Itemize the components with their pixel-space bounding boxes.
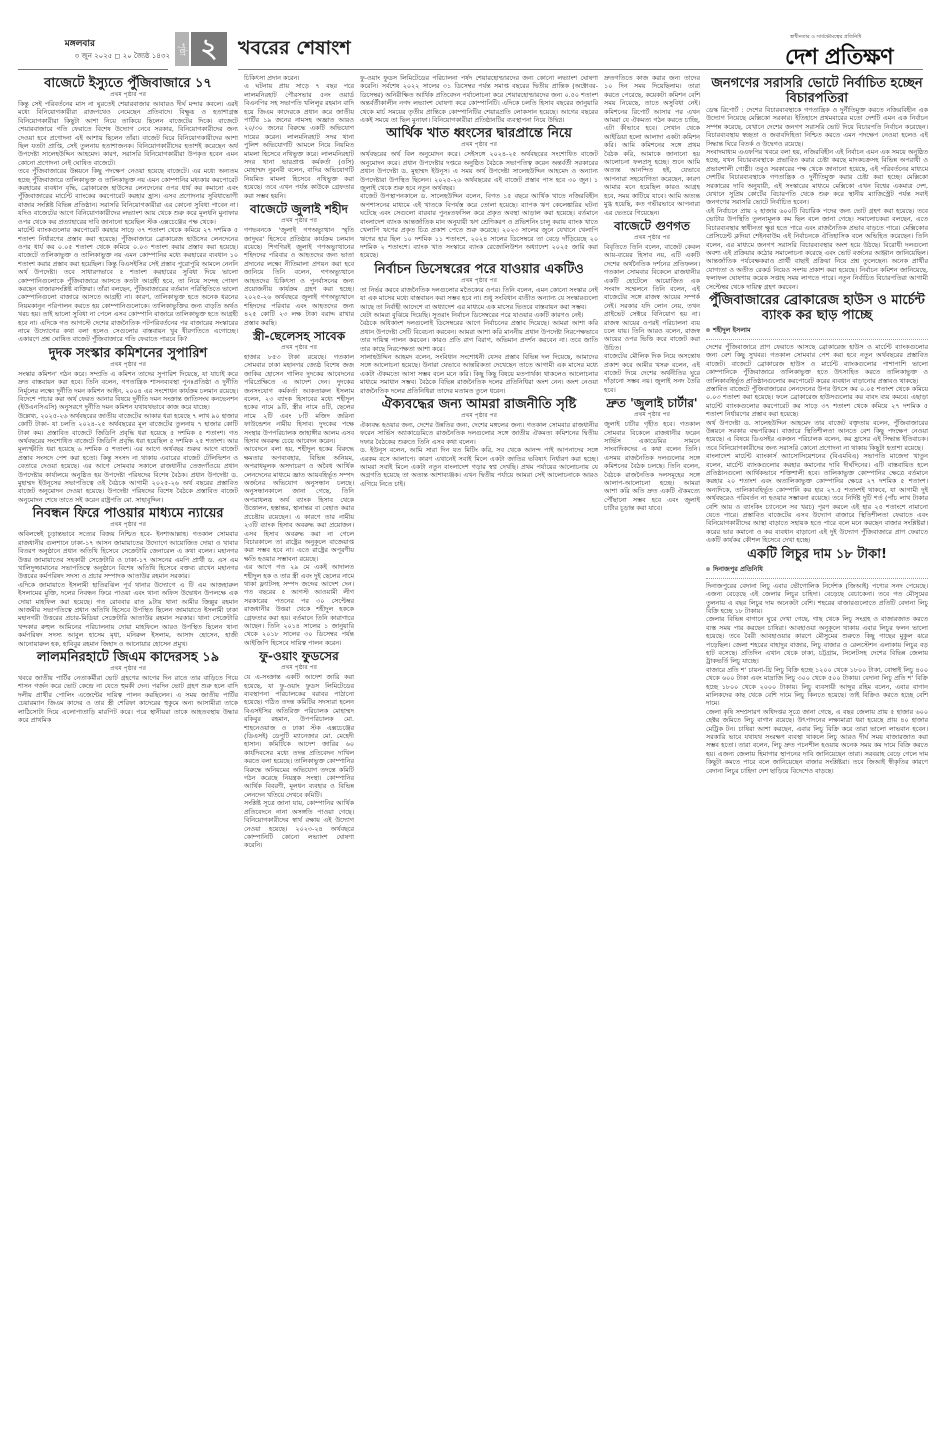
article-headline: লালমনিরহাটে জিএম কাদেরসহ ১৯	[18, 650, 238, 665]
article-economy: আর্থিক খাত ধ্বংসের দ্বারপ্রান্তে নিয়ে প…	[360, 126, 598, 259]
article-registration: নিবন্ধন ফিরে পাওয়ার মাধ্যমে ন্যায়ের প্…	[18, 506, 238, 648]
article-fu-wang: ফু-ওয়াং ফুডসের প্রথম পৃষ্ঠার পর যে এ-সং…	[244, 649, 354, 850]
article-paragraph: বাজারে প্রতি শ' চায়না-থ্রি লিচু বিক্রি …	[706, 666, 928, 708]
article-paragraph: জুলাই চার্টার গৃহীত হবে। গতকাল সোমবার বি…	[604, 420, 700, 512]
article-paragraph: আবেদনে বলা হয়, শহীদুল হকের বিরুদ্ধে ক্ষ…	[244, 445, 354, 563]
issue-day: মঙ্গলবার	[5, 36, 95, 51]
article-july-martyr: বাজেটে জুলাই শহীদ প্রথম পৃষ্ঠার পর গণভবন…	[244, 202, 354, 327]
article-paragraph: অর্থ উপদেষ্টা ড. সালেহউদ্দিন আহমেদ তার ব…	[706, 419, 928, 453]
article-budget-issue: বাজেটে ইস্যুতে পুঁজিবাজারে ১৭ প্রথম পৃষ্…	[18, 76, 238, 344]
continuation-note: প্রথম পৃষ্ঠার পর	[360, 412, 598, 420]
issue-date: ৩ জুন ২০২৫ ◻ ২০ জ্যৈষ্ঠ ১৪৩২	[20, 50, 170, 62]
article-paragraph: মার্চেন্ট ব্যাংকগুলোর করপোরেট করহার সাড়…	[18, 226, 238, 344]
header-rule	[18, 69, 168, 70]
article-unity: ঐক্যবদ্ধের জন্য আমরা রাজনীতি সৃষ্টি প্রথ…	[360, 397, 598, 488]
article-paragraph: অর্থবছরের অর্থ বিল অনুমোদন করে। সেইসঙ্গে…	[360, 150, 598, 192]
byline: শহীদুল ইসলাম	[706, 325, 928, 336]
article-headline: জনগণের সরাসরি ভোটে নির্বাচিত হচ্ছেন বিচা…	[706, 76, 928, 106]
continuation-note: প্রথম পৃষ্ঠার পর	[244, 217, 354, 225]
article-paragraph: ড. ইউনূস বলেন, আমি সারা দিন যত মিটিং করি…	[360, 446, 598, 488]
article-headline: ফু-ওয়াং ফুডসের	[244, 649, 354, 664]
article-paragraph: সংস্কার কমিশন' গঠন করে। সম্প্রতি এ কমিশন…	[18, 370, 238, 412]
article-wife-son: স্ত্রী-ছেলেসহ সাবেক প্রথম পৃষ্ঠার পর হাজ…	[244, 329, 354, 647]
page-label: পৃষ্ঠা	[175, 32, 189, 66]
article-headline: নির্বাচন ডিসেম্বরের পরে যাওয়ার একটিও	[360, 262, 598, 277]
continuation-note: প্রথম পৃষ্ঠার পর	[604, 411, 700, 419]
article-paragraph: সংশ্লিষ্ট সূত্রে জানা যায়, কোম্পানির আর…	[244, 799, 354, 849]
article-paragraph: যেটা আমরা বুঝিয়ে দিয়েছি। সুতরাং নির্বা…	[360, 311, 598, 319]
bullet-icon	[706, 567, 710, 571]
article-paragraph: তবে পুঁজিবাজারের উন্নয়নে কিছু পদক্ষেপ ন…	[18, 167, 238, 226]
continuation-note: প্রথম পৃষ্ঠার পর	[360, 277, 598, 285]
continuation-note: প্রথম পৃষ্ঠার পর	[18, 361, 238, 369]
article-headline: স্ত্রী-ছেলেসহ সাবেক	[244, 329, 354, 344]
article-paragraph: চিকিৎসা প্রদান করেন।	[244, 74, 354, 82]
article-paragraph: এ ঘটনায় প্রায় সাড়ে ৭ বছর পরে লালমনিরহ…	[244, 82, 354, 200]
article-paragraph: এই নির্বাচনে প্রায় ২ হাজার ৬০০টি বিচারি…	[706, 207, 928, 291]
column-3: ফু-ওয়াং ফুডস লিমিটেডের পরিচালনা পর্ষদ শ…	[360, 74, 598, 1394]
newspaper-logo: দেশ প্রতিক্ষণ	[785, 40, 893, 77]
article-headline: বাজেটে ইস্যুতে পুঁজিবাজারে ১৭	[18, 76, 238, 91]
article-paragraph: ফু-ওয়াং ফুডস লিমিটেডের পরিচালনা পর্ষদ শ…	[360, 74, 598, 124]
byline: দিনাজপুর প্রতিনিধি	[706, 564, 928, 575]
article-headline: বাজেটে জুলাই শহীদ	[244, 202, 354, 217]
article-paragraph: এর আগে গত ২৯ মে একই আদালত শহীদুল হক ও তা…	[244, 563, 354, 647]
article-paragraph: গণভবনকে 'জুলাই গণঅভ্যুত্থান স্মৃতি জাদুঘ…	[244, 226, 354, 327]
article-election: নির্বাচন ডিসেম্বরের পরে যাওয়ার একটিও প্…	[360, 262, 598, 395]
byline-author: শহীদুল ইসলাম	[713, 326, 751, 334]
dotted-divider	[706, 339, 928, 340]
continuation-note: প্রথম পৃষ্ঠার পর	[360, 141, 598, 149]
article-paragraph: প্রস্তাবিত বাজেটে পুঁজিবাজারের লেনদেনের …	[706, 385, 928, 419]
article-acc-reform: দুদক সংস্কার কমিশনের সুপারিশ প্রথম পৃষ্ঠ…	[18, 346, 238, 505]
page-number: ২	[191, 32, 227, 66]
article-paragraph: হাজার ৮৫৩ টাকা রয়েছে। গতকাল সোমবার ঢাকা…	[244, 353, 354, 445]
column-5: জনগণের সরাসরি ভোটে নির্বাচিত হচ্ছেন বিচা…	[706, 74, 928, 1394]
continuation-note: প্রথম পৃষ্ঠার পর	[18, 91, 238, 99]
article-paragraph: যে এ-সংক্রান্ত একটি আদেশ জারি করা হয়েছে…	[244, 673, 354, 799]
article-lalmonirhat: লালমনিরহাটে জিএম কাদেরসহ ১৯ প্রথম পৃষ্ঠা…	[18, 650, 238, 724]
bullet-icon	[706, 328, 710, 332]
continuation-note: প্রথম পৃষ্ঠার পর	[244, 344, 354, 352]
article-headline: নিবন্ধন ফিরে পাওয়ার মাধ্যমে ন্যায়ের	[18, 506, 238, 521]
article-paragraph: এদিকে জামায়াতে ইসলামী হাতিরঝিল পূর্ব থা…	[18, 581, 238, 648]
article-headline: একটি লিচুর দাম ১৮ টাকা!	[706, 547, 928, 562]
article-paragraph: উল্লেখ্য, ২০২৫-২৬ অর্থবছরের জাতীয় বাজেট…	[18, 412, 238, 504]
article-paragraph: খবরে জাতীয় পার্টির নেতাকর্মীরা ভোট গ্রহ…	[18, 674, 238, 724]
column-4: দ্রুতগতিতে কাজ করার জন্য তাদের ১০ দিন সম…	[604, 74, 700, 1394]
article-paragraph: ডেস্ক রিপোর্ট : দেশের বিচারব্যবস্থাকে গণ…	[706, 106, 928, 148]
article-headline: পুঁজিবাজারের ব্রোকারেজ হাউস ও মার্চেন্ট …	[706, 293, 928, 323]
article-headline: ঐক্যবদ্ধের জন্য আমরা রাজনীতি সৃষ্টি	[360, 397, 598, 412]
byline-author: দিনাজপুর প্রতিনিধি	[713, 565, 763, 573]
dotted-divider	[706, 578, 928, 579]
article-headline: বাজেটে গুণগত	[604, 219, 700, 234]
article-paragraph: বিবৃতিতে তিনি বলেন, বাজেট কেবল আয়-ব্যয়…	[604, 243, 700, 352]
column-2: চিকিৎসা প্রদান করেন। এ ঘটনায় প্রায় সাড…	[244, 74, 354, 1394]
article-headline: আর্থিক খাত ধ্বংসের দ্বারপ্রান্তে নিয়ে	[360, 126, 598, 141]
article-paragraph: দেশের পুঁজিবাজারে প্রাণ ফেরাতে আসছে ব্রো…	[706, 343, 928, 385]
article-lychee: একটি লিচুর দাম ১৮ টাকা! দিনাজপুর প্রতিনি…	[706, 547, 928, 775]
article-paragraph: দ্রুতগতিতে কাজ করার জন্য তাদের ১০ দিন সম…	[604, 74, 700, 217]
continuation-note: প্রথম পৃষ্ঠার পর	[604, 234, 700, 242]
article-paragraph: তা নির্ভর করবে রাজনৈতিক দলগুলোর মতৈক্যের…	[360, 286, 598, 311]
continuation-note: প্রথম পৃষ্ঠার পর	[244, 664, 354, 672]
article-paragraph: দিনাজপুরের বেদানা লিচু এবার ভৌগোলিক নির্…	[706, 582, 928, 616]
article-paragraph: জেলা কৃষি সম্প্রসারণ অধিদপ্তর সূত্রে জান…	[706, 708, 928, 775]
article-paragraph: বৈঠকে অধিকাংশ দলগুলোই ডিসেম্বরের আগে নির…	[360, 319, 598, 353]
article-judges: জনগণের সরাসরি ভোটে নির্বাচিত হচ্ছেন বিচা…	[706, 76, 928, 291]
continuation-note: প্রথম পৃষ্ঠার পর	[18, 665, 238, 673]
article-headline: দুদক সংস্কার কমিশনের সুপারিশ	[18, 346, 238, 361]
header-rule	[238, 69, 923, 70]
article-paragraph: সালাহউদ্দিন আহমদ বলেন, সংবিধান সংশোধনী য…	[360, 353, 598, 395]
article-headline: দ্রুত 'জুলাই চার্টার'	[604, 396, 700, 411]
column-1: বাজেটে ইস্যুতে পুঁজিবাজারে ১৭ প্রথম পৃষ্…	[18, 74, 238, 1394]
masthead: মঙ্গলবার ৩ জুন ২০২৫ ◻ ২০ জ্যৈষ্ঠ ১৪৩২ পৃ…	[0, 30, 945, 72]
article-paragraph: ঐক্যবদ্ধ হওয়ার জন্য, দেশের উন্নতির জন্য…	[360, 421, 598, 446]
article-brokerage: পুঁজিবাজারের ব্রোকারেজ হাউস ও মার্চেন্ট …	[706, 293, 928, 545]
article-paragraph: অবিলম্বেই চূড়ান্তভাবে সত্যের বিজয় নিশ্…	[18, 530, 238, 580]
article-budget-quality: বাজেটে গুণগত প্রথম পৃষ্ঠার পর বিবৃতিতে ত…	[604, 219, 700, 394]
continuation-note: প্রথম পৃষ্ঠার পর	[18, 521, 238, 529]
article-paragraph: বাংলাদেশ মার্চেন্ট ব্যাংকার্স অ্যাসোসিয়…	[706, 452, 928, 544]
article-paragraph: বাজেটের মৌলিক দিক নিয়ে অসন্তোষ প্রকাশ ক…	[604, 352, 700, 394]
section-title: খবরের শেষাংশ	[238, 34, 351, 66]
article-paragraph: সংবাদমাধ্যম এএফপির খবরে বলা হয়, নজিরবিহ…	[706, 148, 928, 207]
article-july-charter: দ্রুত 'জুলাই চার্টার' প্রথম পৃষ্ঠার পর জ…	[604, 396, 700, 512]
article-paragraph: বাজেট উপস্থাপনকালে ড. সালেহউদ্দিন বলেন, …	[360, 192, 598, 259]
article-paragraph: কিন্তু সেই পরিবর্তনের মাস না ঘুরতেই শেয়…	[18, 100, 238, 167]
article-paragraph: জেলার বিভিন্ন বাগানে ঘুরে দেখা গেছে, গাছ…	[706, 615, 928, 665]
